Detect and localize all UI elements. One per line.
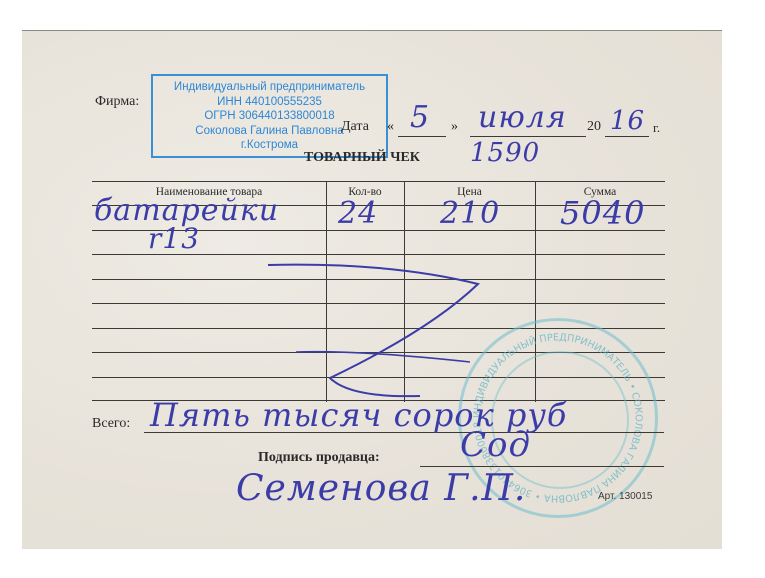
signature-label: Подпись продавца: bbox=[258, 450, 380, 466]
signature-initials: Сод bbox=[460, 425, 531, 465]
signature-name: Семенова Г.П. bbox=[236, 468, 526, 509]
article-number: Арт. 130015 bbox=[598, 491, 652, 502]
signature-underline bbox=[420, 466, 664, 467]
total-label: Всего: bbox=[92, 416, 130, 432]
